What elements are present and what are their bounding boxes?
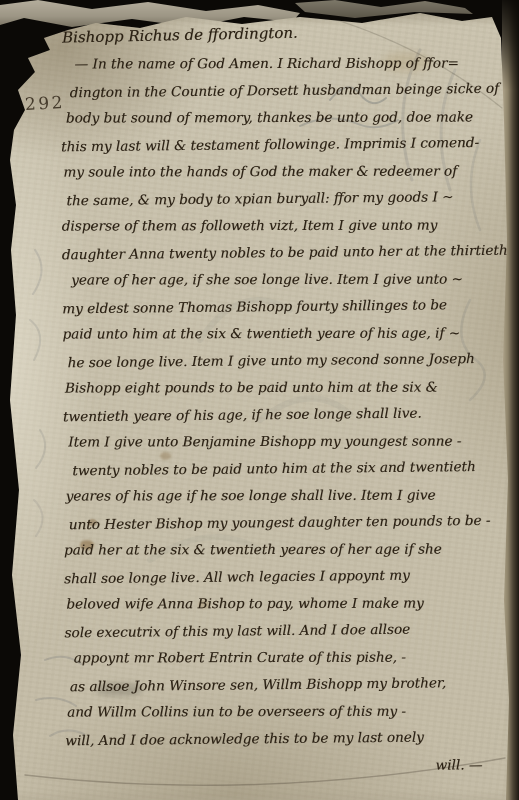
manuscript-line: this my last will & testament followinge… (61, 130, 506, 162)
manuscript-line: shall soe longe live. All wch legacies I… (64, 562, 509, 594)
manuscript-line: dington in the Countie of Dorsett husban… (70, 76, 506, 108)
manuscript-line: the same, & my body to xpian buryall: ff… (66, 184, 506, 216)
manuscript-closing-line: will. — (70, 752, 510, 780)
manuscript-line: Item I give unto Benjamine Bishopp my yo… (68, 428, 508, 456)
manuscript-line: yeare of her age, if she soe longe live.… (71, 266, 507, 294)
document-heading: Bishopp Richus de ffordington. (62, 19, 502, 46)
page-number: 292 (25, 93, 66, 115)
manuscript-line: my soule into the hands of God the maker… (63, 158, 506, 186)
manuscript-line: as allsoe John Winsore sen, Willm Bishop… (70, 670, 510, 702)
manuscript-line: twentieth yeare of his age, if he soe lo… (63, 400, 508, 432)
manuscript-page: 292 Bishopp Richus de ffordington. — In … (0, 0, 519, 800)
manuscript-line: and Willm Collins iun to be overseers of… (67, 698, 510, 726)
manuscript-photo: 292 Bishopp Richus de ffordington. — In … (0, 0, 519, 800)
manuscript-line: yeares of his age if he soe longe shall … (66, 482, 509, 510)
manuscript-line: paid unto him at the six & twentieth yea… (62, 320, 507, 348)
manuscript-line: he soe longe live. Item I give unto my s… (67, 346, 507, 378)
manuscript-lines: — In the name of God Amen. I Richard Bis… (60, 49, 510, 781)
manuscript-line: my eldest sonne Thomas Bishopp fourty sh… (62, 292, 507, 324)
manuscript-line: unto Hester Bishop my youngest daughter … (69, 508, 509, 540)
manuscript-line: Bishopp eight pounds to be paid unto him… (65, 374, 508, 402)
manuscript-line: twenty nobles to be paid unto him at the… (72, 454, 508, 486)
manuscript-line: paid her at the six & twentieth yeares o… (64, 536, 509, 564)
manuscript-line: — In the name of God Amen. I Richard Bis… (75, 50, 506, 78)
torn-paper-fragment (295, 0, 475, 20)
manuscript-line: sole executrix of this my last will. And… (64, 616, 509, 648)
manuscript-line: disperse of them as followeth vizt, Item… (62, 212, 507, 240)
manuscript-line: beloved wife Anna Bishop to pay, whome I… (66, 590, 509, 618)
manuscript-line: appoynt mr Robert Entrin Curate of this … (74, 644, 510, 672)
manuscript-line: body but sound of memory, thankes be unt… (66, 104, 506, 132)
manuscript-line: daughter Anna twenty nobles to be paid u… (62, 238, 507, 270)
manuscript-line: will, And I doe acknowledge this to be m… (65, 724, 510, 756)
